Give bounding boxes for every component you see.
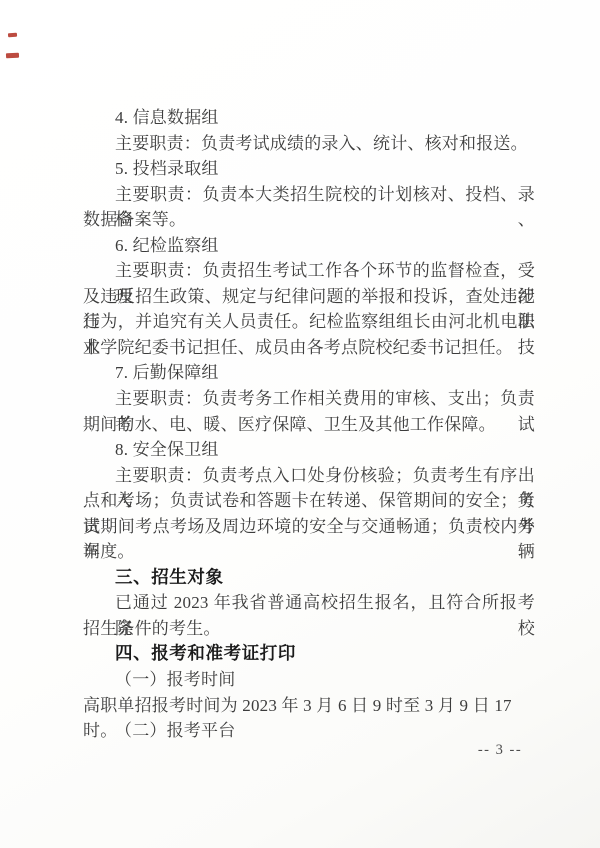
text-line: 行为，并追究有关人员责任。纪检监察组组长由河北机电职业技 [83,309,535,335]
text-line: 主要职责：负责考点入口处身份核验；负责考生有序出入考 [83,463,535,489]
red-scan-mark [8,33,17,37]
text-line: 点和考场；负责试卷和答题卡在转递、保管期间的安全；负责考 [83,488,535,514]
document-text-block: 4. 信息数据组主要职责：负责考试成绩的录入、统计、核对和报送。5. 投档录取组… [83,105,535,744]
text-line: 术学院纪委书记担任、成员由各考点院校纪委书记担任。 [83,335,535,361]
section-heading: 三、招生对象 [83,565,535,591]
text-line: 及违反招生政策、规定与纪律问题的举报和投诉，查处违纪违法 [83,284,535,310]
text-line: 4. 信息数据组 [83,105,535,131]
text-line: 8. 安全保卫组 [83,437,535,463]
text-line: 期间的水、电、暖、医疗保障、卫生及其他工作保障。 [83,412,535,438]
section-heading: 四、报考和准考证打印 [83,641,535,667]
page-number: -- 3 -- [430,740,570,760]
text-line: 主要职责：负责考试成绩的录入、统计、核对和报送。 [83,131,535,157]
document-page: 4. 信息数据组主要职责：负责考试成绩的录入、统计、核对和报送。5. 投档录取组… [0,0,600,848]
text-line: 试期间考点考场及周边环境的安全与交通畅通；负责校内外车辆 [83,514,535,540]
text-line: 6. 纪检监察组 [83,233,535,259]
red-scan-mark [6,53,19,59]
text-line: 7. 后勤保障组 [83,360,535,386]
text-line: 高职单招报考时间为 2023 年 3 月 6 日 9 时至 3 月 9 日 17… [83,693,535,719]
text-line: （一）报考时间 [83,667,535,693]
text-line: 主要职责：负责招生考试工作各个环节的监督检查，受理涉 [83,258,535,284]
text-line: 主要职责：负责本大类招生院校的计划核对、投档、录检、 [83,182,535,208]
text-line: 5. 投档录取组 [83,156,535,182]
text-line: 已通过 2023 年我省普通高校招生报名，且符合所报考院校 [83,590,535,616]
text-line: 主要职责：负责考务工作相关费用的审核、支出；负责考试 [83,386,535,412]
